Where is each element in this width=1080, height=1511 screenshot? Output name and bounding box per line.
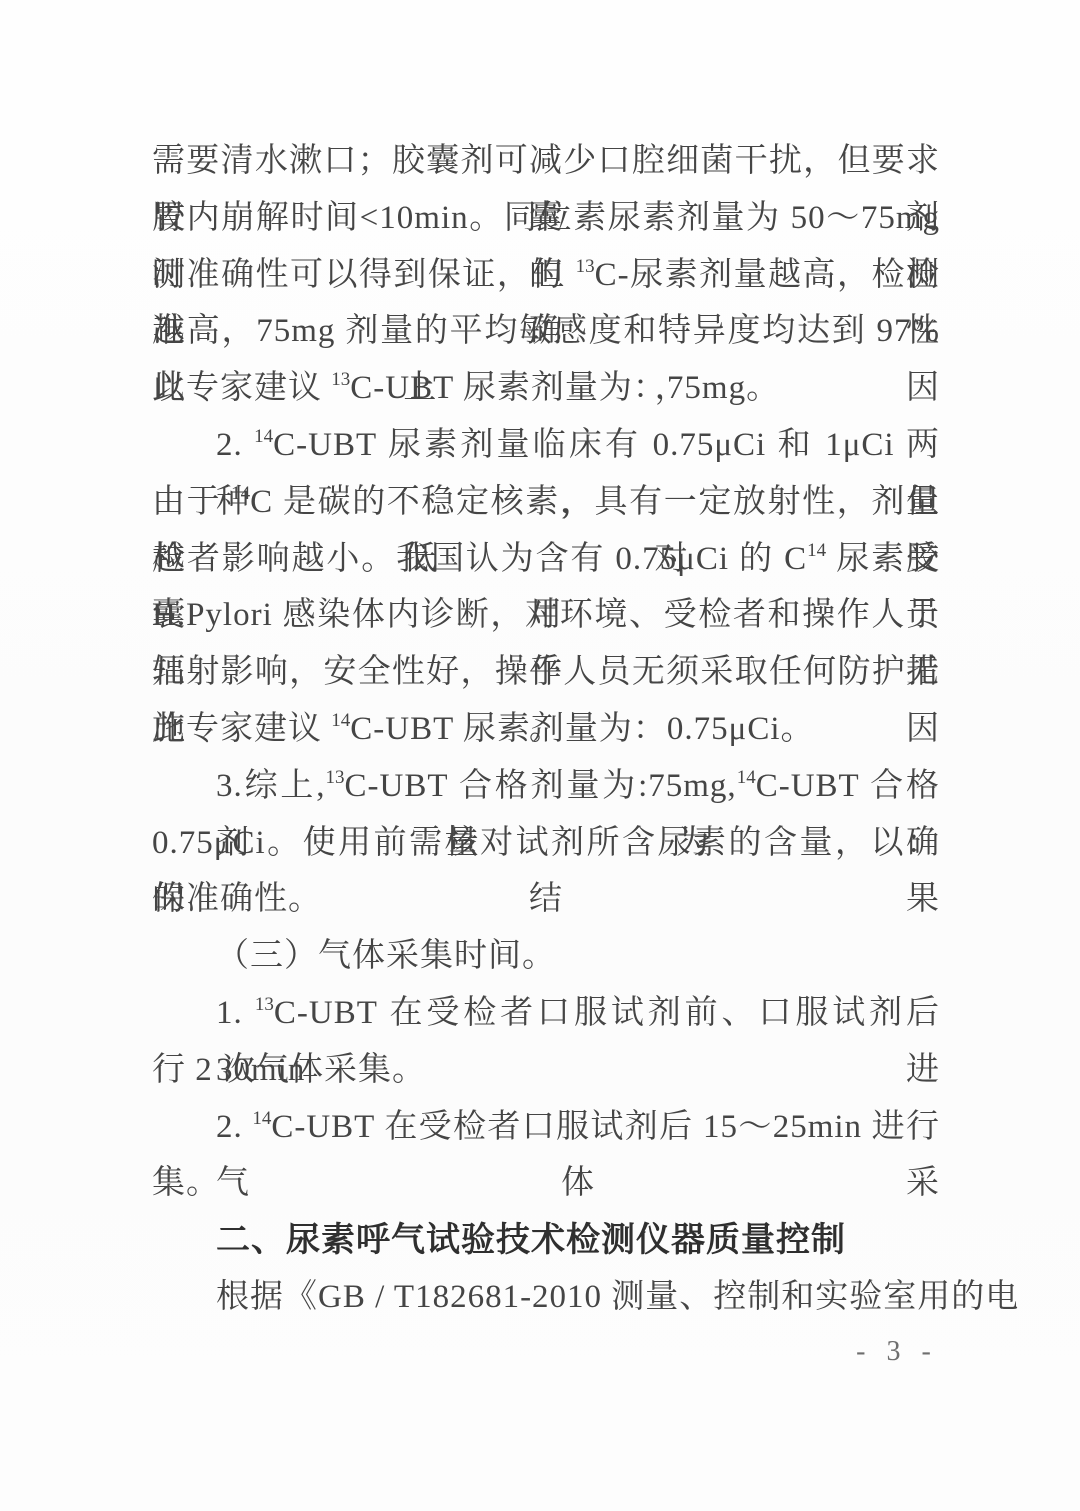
isotope-superscript: 14 [807, 540, 826, 561]
text-line: 越高，75mg 剂量的平均敏感度和特异度均达到 97%以上，因 [152, 303, 940, 360]
text-line: 3.综上,13C-UBT 合格剂量为:75mg,14C-UBT 合格剂量为： [152, 758, 940, 815]
text-line: 测准确性可以得到保证，但 13C-尿素剂量越高，检测准确性 [152, 247, 940, 304]
text-line: 1. 13C-UBT 在受检者口服试剂前、口服试剂后 30min 进 [152, 985, 940, 1042]
text-line: 由于 14C 是碳的不稳定核素，具有一定放射性，剂量越低对受 [152, 474, 940, 531]
isotope-superscript: 14 [231, 483, 250, 504]
text-line: H.Pylori 感染体内诊断，对环境、受检者和操作人员几乎无 [152, 587, 940, 644]
isotope-superscript: 14 [737, 767, 756, 788]
isotope-superscript: 13 [325, 767, 344, 788]
text-line: 0.75μCi。使用前需核对试剂所含尿素的含量，以确保结果 [152, 815, 940, 872]
isotope-superscript: 14 [331, 710, 350, 731]
document-body: 需要清水漱口；胶囊剂可减少口腔细菌干扰，但要求胶囊剂胃内崩解时间<10min。同… [152, 133, 940, 1326]
isotope-superscript: 13 [331, 369, 350, 390]
section-heading: 二、尿素呼气试验技术检测仪器质量控制 [152, 1212, 940, 1269]
isotope-superscript: 13 [255, 994, 274, 1015]
text-line: 根据《GB / T182681-2010 测量、控制和实验室用的电 [152, 1269, 940, 1326]
page-number: - 3 - [852, 1336, 942, 1368]
text-line: 2. 14C-UBT 尿素剂量临床有 0.75μCi 和 1μCi 两种，但 [152, 417, 940, 474]
text-line: 需要清水漱口；胶囊剂可减少口腔细菌干扰，但要求胶囊剂 [152, 133, 940, 190]
isotope-superscript: 14 [252, 1108, 271, 1129]
isotope-superscript: 14 [254, 426, 273, 447]
scanned-document-page: 需要清水漱口；胶囊剂可减少口腔细菌干扰，但要求胶囊剂胃内崩解时间<10min。同… [0, 0, 1080, 1511]
text-line: （三）气体采集时间。 [152, 928, 940, 985]
text-line: 检者影响越小。我国认为含有 0.75μCi 的 C14 尿素胶囊用于 [152, 531, 940, 588]
text-line: 胃内崩解时间<10min。同位素尿素剂量为 50～75mg 时的检 [152, 190, 940, 247]
isotope-superscript: 13 [576, 256, 595, 277]
text-line: 辐射影响，安全性好，操作人员无须采取任何防护措施。因 [152, 644, 940, 701]
text-line: 2. 14C-UBT 在受检者口服试剂后 15～25min 进行气体采 [152, 1099, 940, 1156]
